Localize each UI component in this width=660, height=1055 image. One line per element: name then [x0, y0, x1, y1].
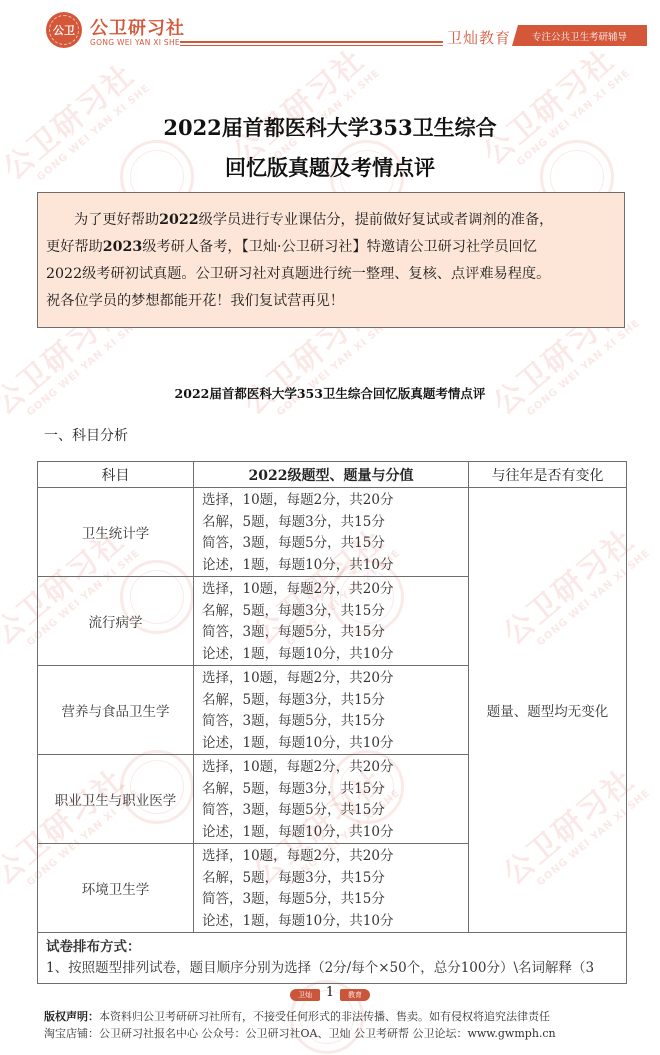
- question-line: 论述，1题，每题10分，共10分: [202, 822, 468, 844]
- header-divider: [180, 41, 443, 43]
- question-line: 选择，10题，每题2分，共20分: [202, 668, 468, 690]
- table-row-layout: 试卷排布方式： 1、按照题型排列试卷，题目顺序分别为选择（2分/每个×50个，总…: [38, 933, 627, 984]
- subject-cell: 卫生统计学: [38, 488, 194, 577]
- page-badge-left: 卫灿: [290, 989, 320, 1001]
- question-cell: 选择，10题，每题2分，共20分 名解，5题，每题3分，共15分 简答，3题，每…: [194, 577, 469, 666]
- table-header-row: 科目 2022级题型、题量与分值 与往年是否有变化: [38, 462, 627, 488]
- intro-box: 为了更好帮助2022级学员进行专业课估分，提前做好复试或者调剂的准备， 更好帮助…: [37, 192, 625, 328]
- question-line: 选择，10题，每题2分，共20分: [202, 490, 468, 512]
- layout-cell: 试卷排布方式： 1、按照题型排列试卷，题目顺序分别为选择（2分/每个×50个，总…: [38, 933, 627, 984]
- subject-cell: 职业卫生与职业医学: [38, 755, 194, 844]
- brand-name: 公卫研习社: [90, 14, 185, 40]
- question-line: 论述，1题，每题10分，共10分: [202, 644, 468, 666]
- question-line: 简答，3题，每题5分，共15分: [202, 622, 468, 644]
- intro-line: 祝各位学员的梦想都能开花！我们复试营再见！: [46, 288, 616, 315]
- layout-title: 试卷排布方式：: [46, 937, 618, 957]
- tagline-badge: 专注公共卫生考研辅导: [512, 25, 647, 46]
- page-badge-right: 教育: [340, 989, 370, 1001]
- question-line: 选择，10题，每题2分，共20分: [202, 579, 468, 601]
- logo-glyph: 公卫: [53, 22, 75, 38]
- edu-brand: 卫灿教育: [447, 27, 511, 48]
- page-number: 1: [322, 985, 338, 1000]
- question-line: 选择，10题，每题2分，共20分: [202, 757, 468, 779]
- question-cell: 选择，10题，每题2分，共20分 名解，5题，每题3分，共15分 简答，3题，每…: [194, 666, 469, 755]
- question-line: 论述，1题，每题10分，共10分: [202, 911, 468, 933]
- question-line: 简答，3题，每题5分，共15分: [202, 800, 468, 822]
- header-divider: [180, 45, 443, 46]
- change-cell: 题量、题型均无变化: [469, 488, 627, 933]
- logo-icon: 公卫: [46, 12, 82, 48]
- question-line: 名解，5题，每题3分，共15分: [202, 690, 468, 712]
- question-line: 简答，3题，每题5分，共15分: [202, 533, 468, 555]
- question-line: 选择，10题，每题2分，共20分: [202, 846, 468, 868]
- question-cell: 选择，10题，每题2分，共20分 名解，5题，每题3分，共15分 简答，3题，每…: [194, 488, 469, 577]
- question-line: 简答，3题，每题5分，共15分: [202, 711, 468, 733]
- column-header: 2022级题型、题量与分值: [194, 462, 469, 488]
- question-cell: 选择，10题，每题2分，共20分 名解，5题，每题3分，共15分 简答，3题，每…: [194, 755, 469, 844]
- intro-line: 更好帮助2023级考研人备考，【卫灿·公卫研习社】特邀请公卫研习社学员回忆: [46, 234, 616, 261]
- document-title: 2022届首都医科大学353卫生综合: [0, 112, 660, 142]
- copyright-text: 本资料归公卫考研研习社所有，不接受任何形式的非法传播、售卖。如有侵权将追究法律责…: [99, 1010, 550, 1023]
- intro-line: 2022级考研初试真题。公卫研习社对真题进行统一整理、复核、点评难易程度。: [46, 261, 616, 288]
- contact-line: 淘宝店铺：公卫研习社报名中心 公众号：公卫研习社OA、卫灿 公卫考研帮 公卫论坛…: [44, 1025, 556, 1042]
- document-subtitle: 回忆版真题及考情点评: [0, 152, 660, 182]
- layout-line: 1、按照题型排列试卷，题目顺序分别为选择（2分/每个×50个，总分100分）\名…: [46, 957, 618, 979]
- section-heading: 一、科目分析: [44, 425, 128, 445]
- copyright-label: 版权声明：: [44, 1010, 99, 1023]
- subject-analysis-table: 科目 2022级题型、题量与分值 与往年是否有变化 卫生统计学 选择，10题，每…: [37, 461, 627, 984]
- brand-name-en: GONG WEI YAN XI SHE: [90, 38, 180, 47]
- subject-cell: 流行病学: [38, 577, 194, 666]
- copyright-line: 版权声明：本资料归公卫考研研习社所有，不接受任何形式的非法传播、售卖。如有侵权将…: [44, 1008, 556, 1025]
- question-line: 名解，5题，每题3分，共15分: [202, 512, 468, 534]
- intro-line: 为了更好帮助2022级学员进行专业课估分，提前做好复试或者调剂的准备，: [46, 207, 616, 234]
- table-row: 卫生统计学 选择，10题，每题2分，共20分 名解，5题，每题3分，共15分 简…: [38, 488, 627, 577]
- column-header: 与往年是否有变化: [469, 462, 627, 488]
- question-line: 名解，5题，每题3分，共15分: [202, 601, 468, 623]
- question-line: 论述，1题，每题10分，共10分: [202, 555, 468, 577]
- page-footer: 版权声明：本资料归公卫考研研习社所有，不接受任何形式的非法传播、售卖。如有侵权将…: [44, 1008, 556, 1042]
- question-line: 名解，5题，每题3分，共15分: [202, 779, 468, 801]
- question-line: 论述，1题，每题10分，共10分: [202, 733, 468, 755]
- subject-cell: 环境卫生学: [38, 844, 194, 933]
- question-line: 简答，3题，每题5分，共15分: [202, 889, 468, 911]
- subject-cell: 营养与食品卫生学: [38, 666, 194, 755]
- section-title: 2022届首都医科大学353卫生综合回忆版真题考情点评: [0, 384, 660, 402]
- question-line: 名解，5题，每题3分，共15分: [202, 868, 468, 890]
- column-header: 科目: [38, 462, 194, 488]
- question-cell: 选择，10题，每题2分，共20分 名解，5题，每题3分，共15分 简答，3题，每…: [194, 844, 469, 933]
